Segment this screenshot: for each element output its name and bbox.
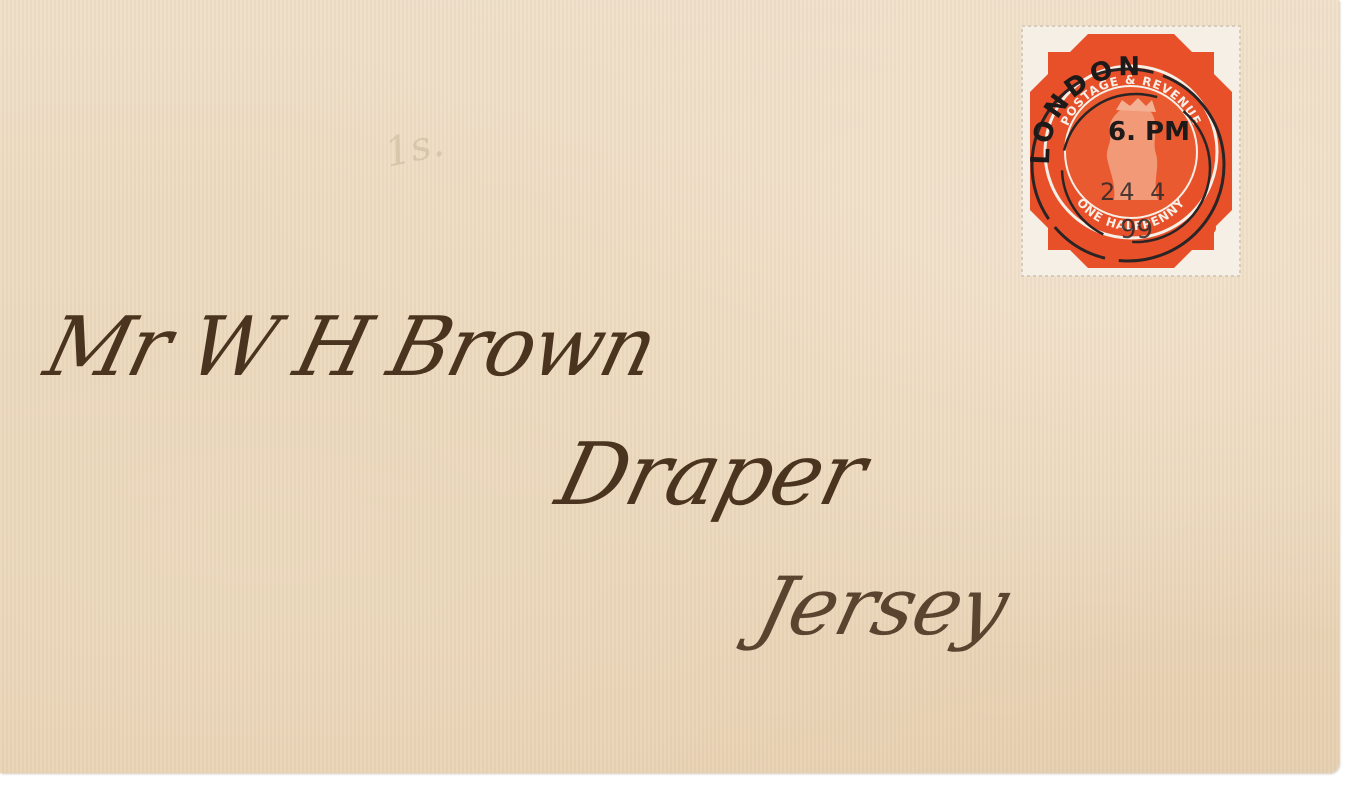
halfpenny-stamp: POSTAGE & REVENUE ONE HALFPENNY: [1018, 22, 1244, 280]
address-line-occupation: Draper: [548, 425, 875, 525]
envelope: 1s. POSTAGE & REVENUE ONE HALFPENNY: [0, 0, 1339, 773]
faint-pencil-note: 1s.: [381, 119, 448, 176]
address-line-place: Jersey: [748, 560, 1016, 653]
address-line-recipient: Mr W H Brown: [36, 300, 665, 395]
